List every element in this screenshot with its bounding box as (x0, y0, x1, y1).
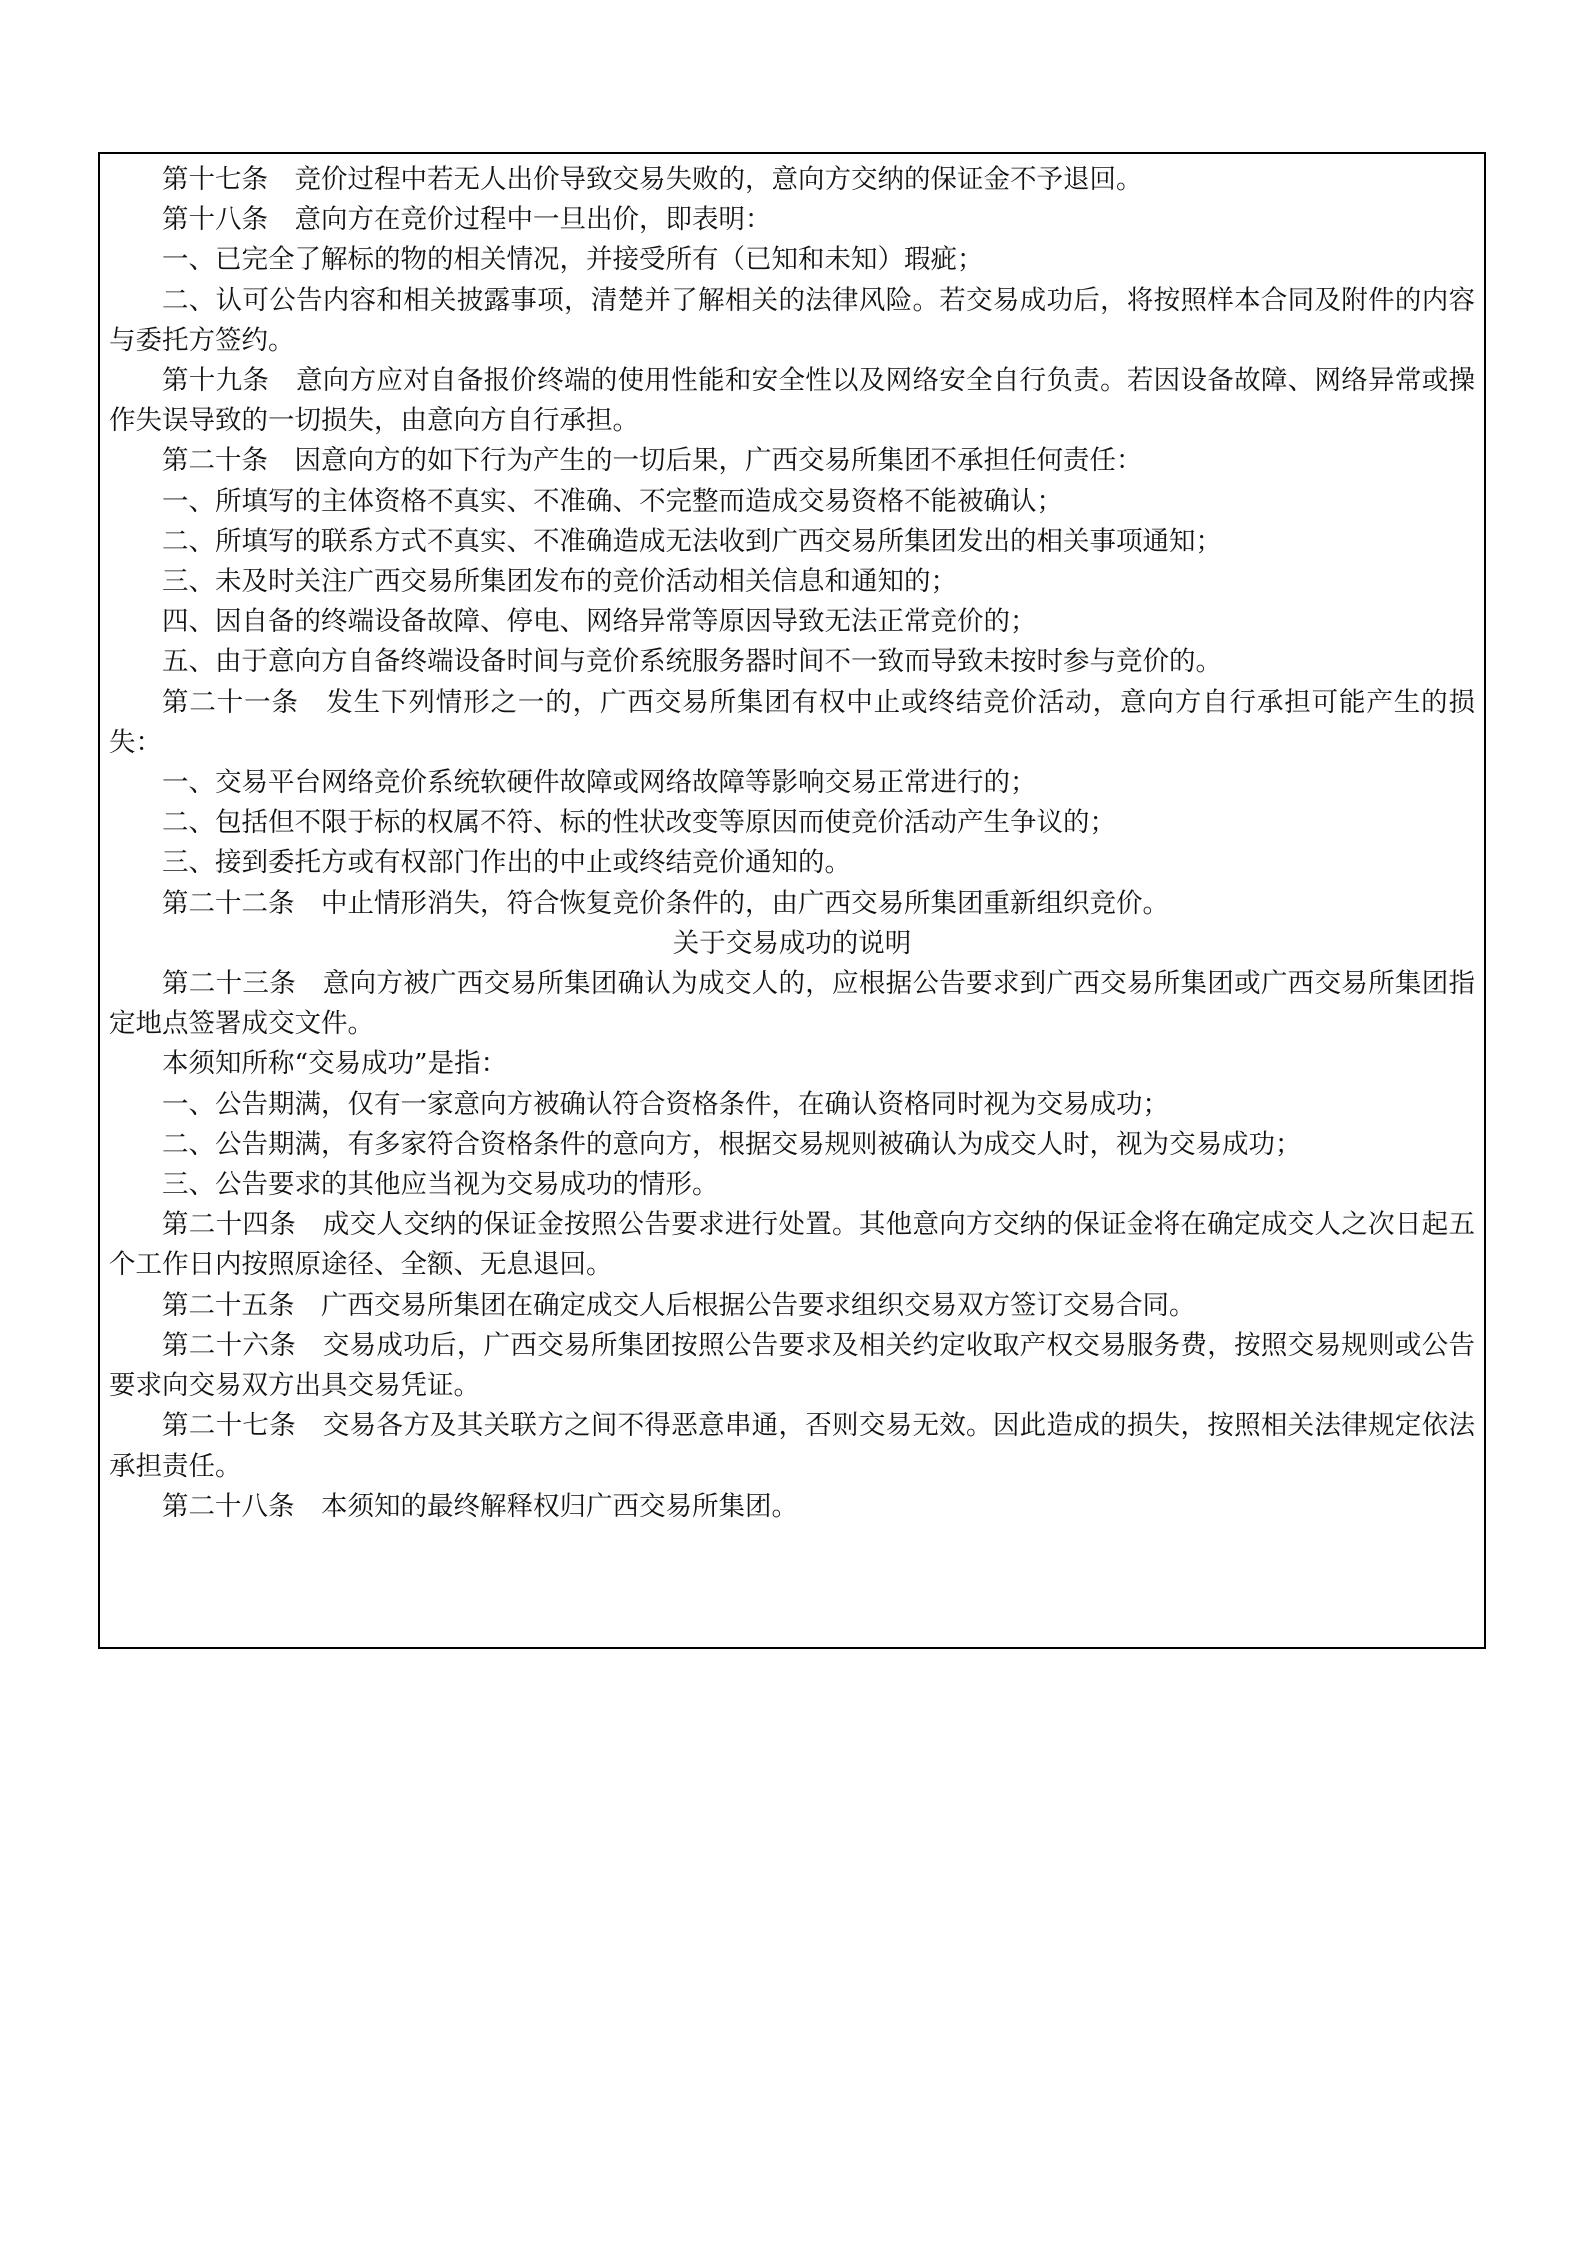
article-18-item-1: 一、已完全了解标的物的相关情况，并接受所有（已知和未知）瑕疵； (109, 240, 1475, 280)
article-18-item-2: 二、认可公告内容和相关披露事项，清楚并了解相关的法律风险。若交易成功后，将按照样… (109, 281, 1475, 361)
article-21-item-3: 三、接到委托方或有权部门作出的中止或终结竞价通知的。 (109, 843, 1475, 883)
article-22: 第二十二条 中止情形消失，符合恢复竞价条件的，由广西交易所集团重新组织竞价。 (109, 884, 1475, 924)
article-20-item-4: 四、因自备的终端设备故障、停电、网络异常等原因导致无法正常竞价的； (109, 602, 1475, 642)
article-21: 第二十一条 发生下列情形之一的，广西交易所集团有权中止或终结竞价活动，意向方自行… (109, 683, 1475, 763)
article-20-item-3: 三、未及时关注广西交易所集团发布的竞价活动相关信息和通知的； (109, 562, 1475, 602)
article-19: 第十九条 意向方应对自备报价终端的使用性能和安全性以及网络安全自行负责。若因设备… (109, 361, 1475, 441)
article-28: 第二十八条 本须知的最终解释权归广西交易所集团。 (109, 1487, 1475, 1527)
definition-item-3: 三、公告要求的其他应当视为交易成功的情形。 (109, 1165, 1475, 1205)
document-frame: 第十七条 竞价过程中若无人出价导致交易失败的，意向方交纳的保证金不予退回。 第十… (98, 152, 1486, 1649)
definition-item-1: 一、公告期满，仅有一家意向方被确认符合资格条件，在确认资格同时视为交易成功； (109, 1085, 1475, 1125)
article-25: 第二十五条 广西交易所集团在确定成交人后根据公告要求组织交易双方签订交易合同。 (109, 1286, 1475, 1326)
article-20: 第二十条 因意向方的如下行为产生的一切后果，广西交易所集团不承担任何责任： (109, 441, 1475, 481)
article-18: 第十八条 意向方在竞价过程中一旦出价，即表明： (109, 200, 1475, 240)
article-20-item-5: 五、由于意向方自备终端设备时间与竞价系统服务器时间不一致而导致未按时参与竞价的。 (109, 642, 1475, 682)
article-20-item-1: 一、所填写的主体资格不真实、不准确、不完整而造成交易资格不能被确认； (109, 482, 1475, 522)
definition-intro: 本须知所称“交易成功”是指： (109, 1044, 1475, 1084)
article-21-item-1: 一、交易平台网络竞价系统软硬件故障或网络故障等影响交易正常进行的； (109, 763, 1475, 803)
article-27: 第二十七条 交易各方及其关联方之间不得恶意串通，否则交易无效。因此造成的损失，按… (109, 1406, 1475, 1486)
article-20-item-2: 二、所填写的联系方式不真实、不准确造成无法收到广西交易所集团发出的相关事项通知； (109, 522, 1475, 562)
article-23: 第二十三条 意向方被广西交易所集团确认为成交人的，应根据公告要求到广西交易所集团… (109, 964, 1475, 1044)
article-21-item-2: 二、包括但不限于标的权属不符、标的性状改变等原因而使竞价活动产生争议的； (109, 803, 1475, 843)
article-24: 第二十四条 成交人交纳的保证金按照公告要求进行处置。其他意向方交纳的保证金将在确… (109, 1205, 1475, 1285)
article-17: 第十七条 竞价过程中若无人出价导致交易失败的，意向方交纳的保证金不予退回。 (109, 160, 1475, 200)
article-26: 第二十六条 交易成功后，广西交易所集团按照公告要求及相关约定收取产权交易服务费，… (109, 1326, 1475, 1406)
section-heading: 关于交易成功的说明 (109, 924, 1475, 964)
definition-item-2: 二、公告期满，有多家符合资格条件的意向方，根据交易规则被确认为成交人时，视为交易… (109, 1125, 1475, 1165)
